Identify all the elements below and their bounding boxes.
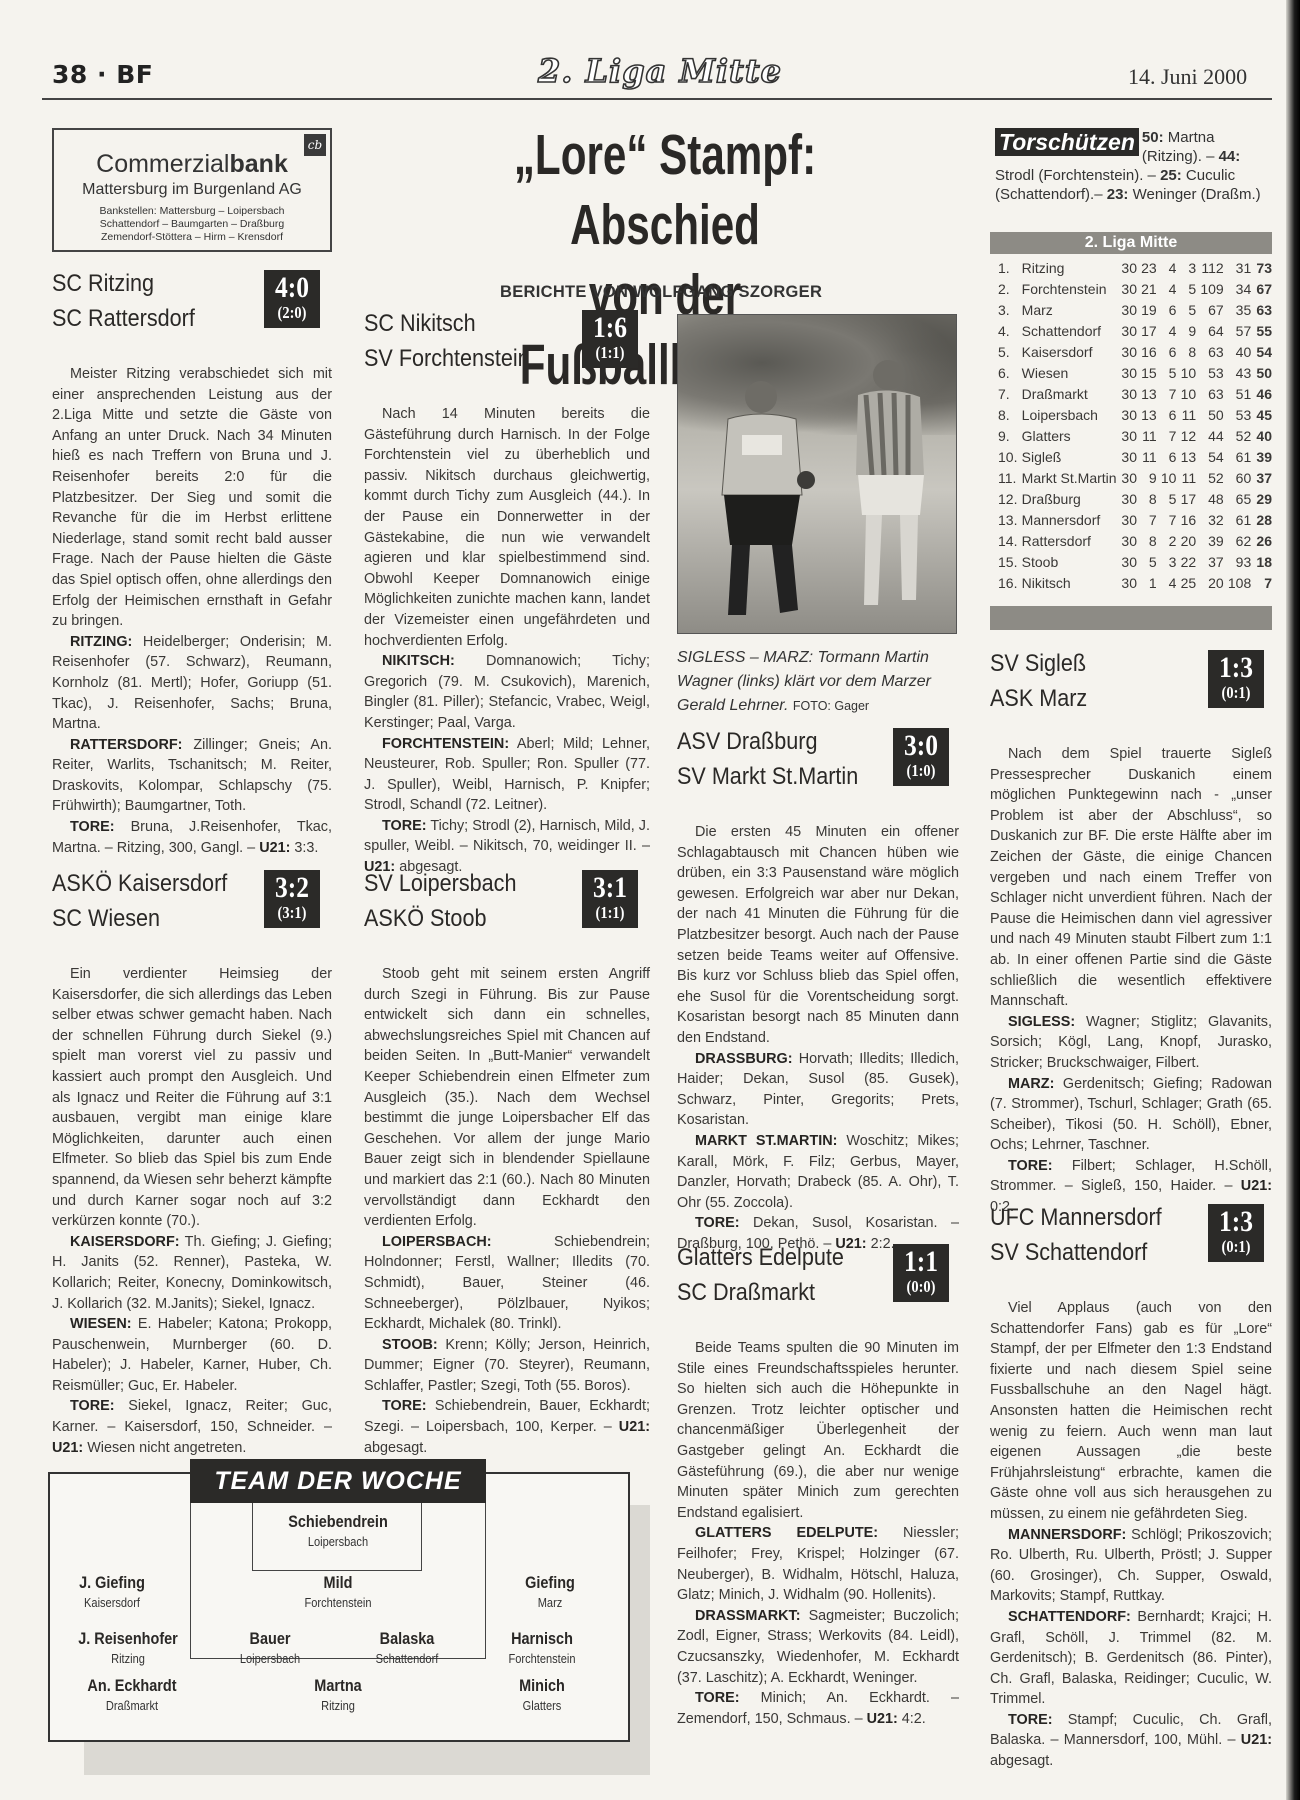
opponent-player-figure-icon [828,355,938,625]
stat-ga: 60 [1224,468,1252,489]
stat-ga: 61 [1224,447,1252,468]
stat-gf: 52 [1196,468,1224,489]
goalkeeper-figure-icon [706,375,816,625]
points: 39 [1251,447,1272,468]
team-name: Markt St.Martin [1018,468,1118,489]
stat-s: 21 [1137,279,1157,300]
team-name: 16. [990,573,1018,594]
team-name: 6. [990,363,1018,384]
team-name: Draßburg [1018,489,1118,510]
team-name: 14. [990,531,1018,552]
team-name: Loipersbach [1018,405,1118,426]
stat-n: 25 [1176,573,1196,594]
match-report-text: Die ersten 45 Minuten ein offener Schlag… [677,822,959,1254]
match-report-loipersbach: SV Loipersbach ASKÖ Stoob 3:1 (1:1) Stoo… [364,866,650,1458]
stat-s: 7 [1137,510,1157,531]
tdw-player: Mild Forchtenstein [258,1572,418,1612]
points: 50 [1251,363,1272,384]
points: 45 [1251,405,1272,426]
stat-ga: 52 [1224,426,1252,447]
team-name: Marz [1018,300,1118,321]
stat-sp: 30 [1117,489,1137,510]
page-number-label: 38 · BF [52,60,153,89]
team-name: 7. [990,384,1018,405]
stat-sp: 30 [1117,321,1137,342]
stat-s: 11 [1137,426,1157,447]
stat-u: 4 [1157,321,1177,342]
team-name: 13. [990,510,1018,531]
stat-n: 9 [1176,321,1196,342]
photo-caption: SIGLESS – MARZ: Tormann Martin Wagner (l… [677,646,969,718]
score-badge: 4:0 (2:0) [264,270,320,328]
team-name: Draßmarkt [1018,384,1118,405]
standings-footer-bar [990,606,1272,630]
stat-ga: 62 [1224,531,1252,552]
tdw-player: An. Eckhardt Draßmarkt [52,1675,212,1715]
stat-u: 6 [1157,300,1177,321]
stat-n: 17 [1176,489,1196,510]
team-name: Mannersdorf [1018,510,1118,531]
stat-n: 12 [1176,426,1196,447]
team-name: Kaisersdorf [1018,342,1118,363]
score-badge: 1:6 (1:1) [582,310,638,368]
header-divider [42,98,1272,100]
tdw-player: Harnisch Forchtenstein [462,1628,622,1668]
stat-ga: 108 [1224,573,1252,594]
stat-gf: 67 [1196,300,1224,321]
team-name: 5. [990,342,1018,363]
stat-u: 6 [1157,342,1177,363]
stat-ga: 65 [1224,489,1252,510]
stat-gf: 50 [1196,405,1224,426]
stat-ga: 51 [1224,384,1252,405]
stat-u: 10 [1157,468,1177,489]
stat-gf: 54 [1196,447,1224,468]
standings-row: 8.Loipersbach3013611505345 [990,405,1272,426]
bank-branches: Bankstellen: Mattersburg – Loipersbach S… [54,205,330,244]
team-of-week-title: TEAM DER WOCHE [190,1459,486,1503]
byline: BERICHTE VON WOLFGANG SZORGER [500,283,822,302]
newspaper-page: 38 · BF 2. Liga Mitte 14. Juni 2000 cb C… [0,0,1300,1800]
stat-s: 8 [1137,489,1157,510]
match-report-text: Meister Ritzing verabschiedet sich mit e… [52,364,332,858]
stat-s: 19 [1137,300,1157,321]
stat-u: 5 [1157,363,1177,384]
stat-n: 5 [1176,279,1196,300]
stat-gf: 39 [1196,531,1224,552]
stat-gf: 63 [1196,384,1224,405]
stat-ga: 40 [1224,342,1252,363]
stat-u: 2 [1157,531,1177,552]
stat-n: 10 [1176,384,1196,405]
team-name: 12. [990,489,1018,510]
match-report-text: Ein verdienter Heimsieg der Kaisersdorfe… [52,964,332,1458]
stat-n: 16 [1176,510,1196,531]
standings-row: 15.Stoob305322379318 [990,552,1272,573]
stat-gf: 64 [1196,321,1224,342]
points: 73 [1251,258,1272,279]
stat-ga: 57 [1224,321,1252,342]
standings-title: 2. Liga Mitte [990,232,1272,254]
standings-row: 2.Forchtenstein3021451093467 [990,279,1272,300]
standings-row: 11.Markt St.Martin3091011526037 [990,468,1272,489]
standings-row: 5.Kaisersdorf301668634054 [990,342,1272,363]
stat-sp: 30 [1117,384,1137,405]
team-name: Rattersdorf [1018,531,1118,552]
points: 37 [1251,468,1272,489]
stat-n: 5 [1176,300,1196,321]
score-badge: 3:2 (3:1) [264,870,320,928]
issue-date: 14. Juni 2000 [1128,64,1247,90]
stat-ga: 35 [1224,300,1252,321]
stat-s: 9 [1137,468,1157,489]
section-title: 2. Liga Mitte [538,52,782,90]
stat-s: 8 [1137,531,1157,552]
team-name: 1. [990,258,1018,279]
points: 67 [1251,279,1272,300]
stat-gf: 112 [1196,258,1224,279]
match-report-text: Viel Applaus (auch von den Schattendorfe… [990,1298,1272,1772]
bank-advertisement: cb Commerzialbank Mattersburg im Burgenl… [52,128,332,252]
points: 40 [1251,426,1272,447]
stat-sp: 30 [1117,342,1137,363]
match-report-kaisersdorf: ASKÖ Kaisersdorf SC Wiesen 3:2 (3:1) Ein… [52,866,332,1458]
stat-gf: 37 [1196,552,1224,573]
score-badge: 1:3 (0:1) [1208,650,1264,708]
stat-gf: 109 [1196,279,1224,300]
team-name: 10. [990,447,1018,468]
standings-row: 14.Rattersdorf308220396226 [990,531,1272,552]
stat-gf: 32 [1196,510,1224,531]
stat-gf: 63 [1196,342,1224,363]
team-name: Glatters [1018,426,1118,447]
match-report-text: Beide Teams spulten die 90 Minuten im St… [677,1338,959,1729]
stat-u: 4 [1157,279,1177,300]
stat-n: 11 [1176,405,1196,426]
stat-n: 11 [1176,468,1196,489]
points: 55 [1251,321,1272,342]
tdw-player: J. Giefing Kaisersdorf [32,1572,192,1612]
stat-u: 6 [1157,405,1177,426]
score-badge: 1:1 (0:0) [893,1244,949,1302]
team-name: Schattendorf [1018,321,1118,342]
score-badge: 3:1 (1:1) [582,870,638,928]
stat-u: 4 [1157,258,1177,279]
match-report-sigless: SV Sigleß ASK Marz 1:3 (0:1) Nach dem Sp… [990,646,1272,1218]
stat-gf: 53 [1196,363,1224,384]
team-name: Sigleß [1018,447,1118,468]
match-report-ritzing: SC Ritzing SC Rattersdorf 4:0 (2:0) Meis… [52,266,332,858]
stat-n: 3 [1176,258,1196,279]
stat-s: 11 [1137,447,1157,468]
tdw-player: J. Reisenhofer Ritzing [48,1628,208,1668]
page-scan-edge [1286,0,1300,1800]
stat-sp: 30 [1117,363,1137,384]
stat-ga: 43 [1224,363,1252,384]
team-name: 2. [990,279,1018,300]
stat-gf: 44 [1196,426,1224,447]
team-name: Ritzing [1018,258,1118,279]
points: 26 [1251,531,1272,552]
stat-sp: 30 [1117,258,1137,279]
stat-u: 7 [1157,384,1177,405]
stat-n: 10 [1176,363,1196,384]
match-report-nikitsch: SC Nikitsch SV Forchtenstein 1:6 (1:1) N… [364,306,650,878]
standings-row: 9.Glatters3011712445240 [990,426,1272,447]
stat-sp: 30 [1117,468,1137,489]
match-report-drassburg: ASV Draßburg SV Markt St.Martin 3:0 (1:0… [677,724,959,1254]
standings-row: 12.Draßburg308517486529 [990,489,1272,510]
team-name: 3. [990,300,1018,321]
stat-s: 1 [1137,573,1157,594]
team-name: 4. [990,321,1018,342]
topscorers-label: Torschützen [995,128,1139,156]
score-badge: 1:3 (0:1) [1208,1204,1264,1262]
standings-row: 1.Ritzing3023431123173 [990,258,1272,279]
stat-sp: 30 [1117,300,1137,321]
standings-row: 16.Nikitsch301425201087 [990,573,1272,594]
tdw-player: Giefing Marz [470,1572,630,1612]
stat-ga: 61 [1224,510,1252,531]
score-badge: 3:0 (1:0) [893,728,949,786]
stat-sp: 30 [1117,426,1137,447]
stat-sp: 30 [1117,510,1137,531]
match-report-mannersdorf: UFC Mannersdorf SV Schattendorf 1:3 (0:1… [990,1200,1272,1772]
tdw-player: Bauer Loipersbach [190,1628,350,1668]
tdw-player: Martna Ritzing [258,1675,418,1715]
bank-logo-icon: cb [304,134,326,156]
team-name: Wiesen [1018,363,1118,384]
stat-ga: 34 [1224,279,1252,300]
team-name: 8. [990,405,1018,426]
standings-row: 10.Sigleß3011613546139 [990,447,1272,468]
standings-row: 13.Mannersdorf307716326128 [990,510,1272,531]
match-report-text: Stoob geht mit seinem ersten Angriff dur… [364,964,650,1458]
stat-u: 5 [1157,489,1177,510]
stat-s: 13 [1137,405,1157,426]
stat-u: 6 [1157,447,1177,468]
points: 63 [1251,300,1272,321]
standings-row: 6.Wiesen3015510534350 [990,363,1272,384]
points: 29 [1251,489,1272,510]
team-name: Forchtenstein [1018,279,1118,300]
stat-s: 5 [1137,552,1157,573]
stat-n: 22 [1176,552,1196,573]
match-report-text: Nach 14 Minuten bereits die Gästeführung… [364,404,650,878]
match-photo [677,314,957,634]
stat-sp: 30 [1117,279,1137,300]
tdw-player: Minich Glatters [462,1675,622,1715]
team-name: Stoob [1018,552,1118,573]
stat-gf: 48 [1196,489,1224,510]
stat-u: 3 [1157,552,1177,573]
stat-s: 23 [1137,258,1157,279]
stat-u: 7 [1157,426,1177,447]
stat-sp: 30 [1117,552,1137,573]
bank-name: Commerzialbank [54,150,330,179]
stat-ga: 53 [1224,405,1252,426]
points: 28 [1251,510,1272,531]
points: 7 [1251,573,1272,594]
team-name: 9. [990,426,1018,447]
stat-n: 8 [1176,342,1196,363]
team-name: 15. [990,552,1018,573]
stat-gf: 20 [1196,573,1224,594]
stat-s: 13 [1137,384,1157,405]
topscorers-box: Torschützen 50: Martna (Ritzing). – 44: … [995,128,1275,204]
league-standings: 2. Liga Mitte 1.Ritzing30234311231732.Fo… [990,232,1272,630]
bank-subtitle: Mattersburg im Burgenland AG [54,181,330,199]
team-name: 11. [990,468,1018,489]
stat-u: 4 [1157,573,1177,594]
stat-s: 15 [1137,363,1157,384]
stat-s: 17 [1137,321,1157,342]
photo-credit: FOTO: Gager [793,699,869,713]
stat-sp: 30 [1117,405,1137,426]
stat-n: 13 [1176,447,1196,468]
points: 54 [1251,342,1272,363]
stat-sp: 30 [1117,447,1137,468]
points: 46 [1251,384,1272,405]
stat-u: 7 [1157,510,1177,531]
standings-row: 4.Schattendorf301749645755 [990,321,1272,342]
standings-row: 3.Marz301965673563 [990,300,1272,321]
tdw-player-goalkeeper: Schiebendrein Loipersbach [258,1511,418,1551]
stat-ga: 93 [1224,552,1252,573]
standings-table: 1.Ritzing30234311231732.Forchtenstein302… [990,258,1272,594]
stat-ga: 31 [1224,258,1252,279]
stat-s: 16 [1137,342,1157,363]
stat-sp: 30 [1117,573,1137,594]
team-name: Nikitsch [1018,573,1118,594]
stat-n: 20 [1176,531,1196,552]
stat-sp: 30 [1117,531,1137,552]
match-report-text: Nach dem Spiel trauerte Sigleß Pressespr… [990,744,1272,1218]
match-report-glatters: Glatters Edelpute SC Draßmarkt 1:1 (0:0)… [677,1240,959,1729]
standings-row: 7.Draßmarkt3013710635146 [990,384,1272,405]
points: 18 [1251,552,1272,573]
